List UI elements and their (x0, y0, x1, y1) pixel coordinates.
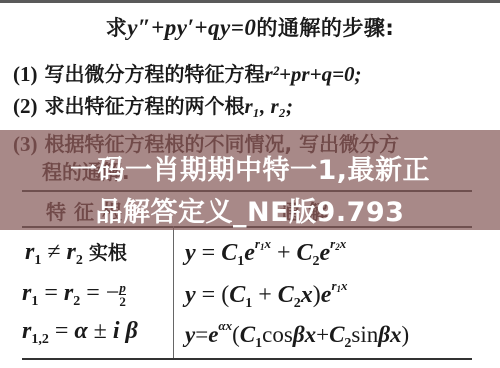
table-row-1-root: r1 ≠ r2 实根 (25, 238, 127, 269)
table-row-2-solution: y = (C1 + C2x)er1x (185, 278, 348, 312)
step-number: (1) (13, 62, 38, 86)
title-prefix: 求 (106, 16, 128, 40)
step-math: r₁, r₂; (245, 94, 293, 118)
step-1: (1)写出微分方程的特征方程r²+pr+q=0; (13, 58, 362, 87)
overlay-headline-line-2: 品解答定义_NE版9.793 (0, 190, 500, 229)
overlay-headline-line-1: 一码一肖期期中特一1,最新正 (0, 148, 500, 187)
step-text: 求出特征方程的两个根 (45, 94, 245, 118)
step-math: r²+pr+q=0; (265, 62, 362, 86)
title-suffix: 的通解的步骤: (256, 16, 394, 40)
table-row-3-solution: y=eαx(C1cosβx+C2sinβx) (185, 318, 409, 352)
fraction-p-over-2: p2 (119, 281, 126, 308)
table-bottom-rule (22, 358, 472, 360)
table-row-2-root: r1 = r2 = −p2 (22, 280, 126, 310)
title-equation: y″+py′+qy=0 (127, 15, 256, 40)
top-border (0, 0, 500, 3)
table-row-1-solution: y = C1er1x + C2er2x (185, 236, 346, 270)
table-row-3-root: r1,2 = α ± i β (22, 318, 138, 348)
step-number: (2) (13, 94, 38, 118)
step-2: (2)求出特征方程的两个根r₁, r₂; (13, 90, 293, 119)
step-text: 写出微分方程的特征方程 (45, 62, 265, 86)
table-column-divider (173, 226, 174, 358)
page-title: 求y″+py′+qy=0的通解的步骤: (0, 12, 500, 42)
